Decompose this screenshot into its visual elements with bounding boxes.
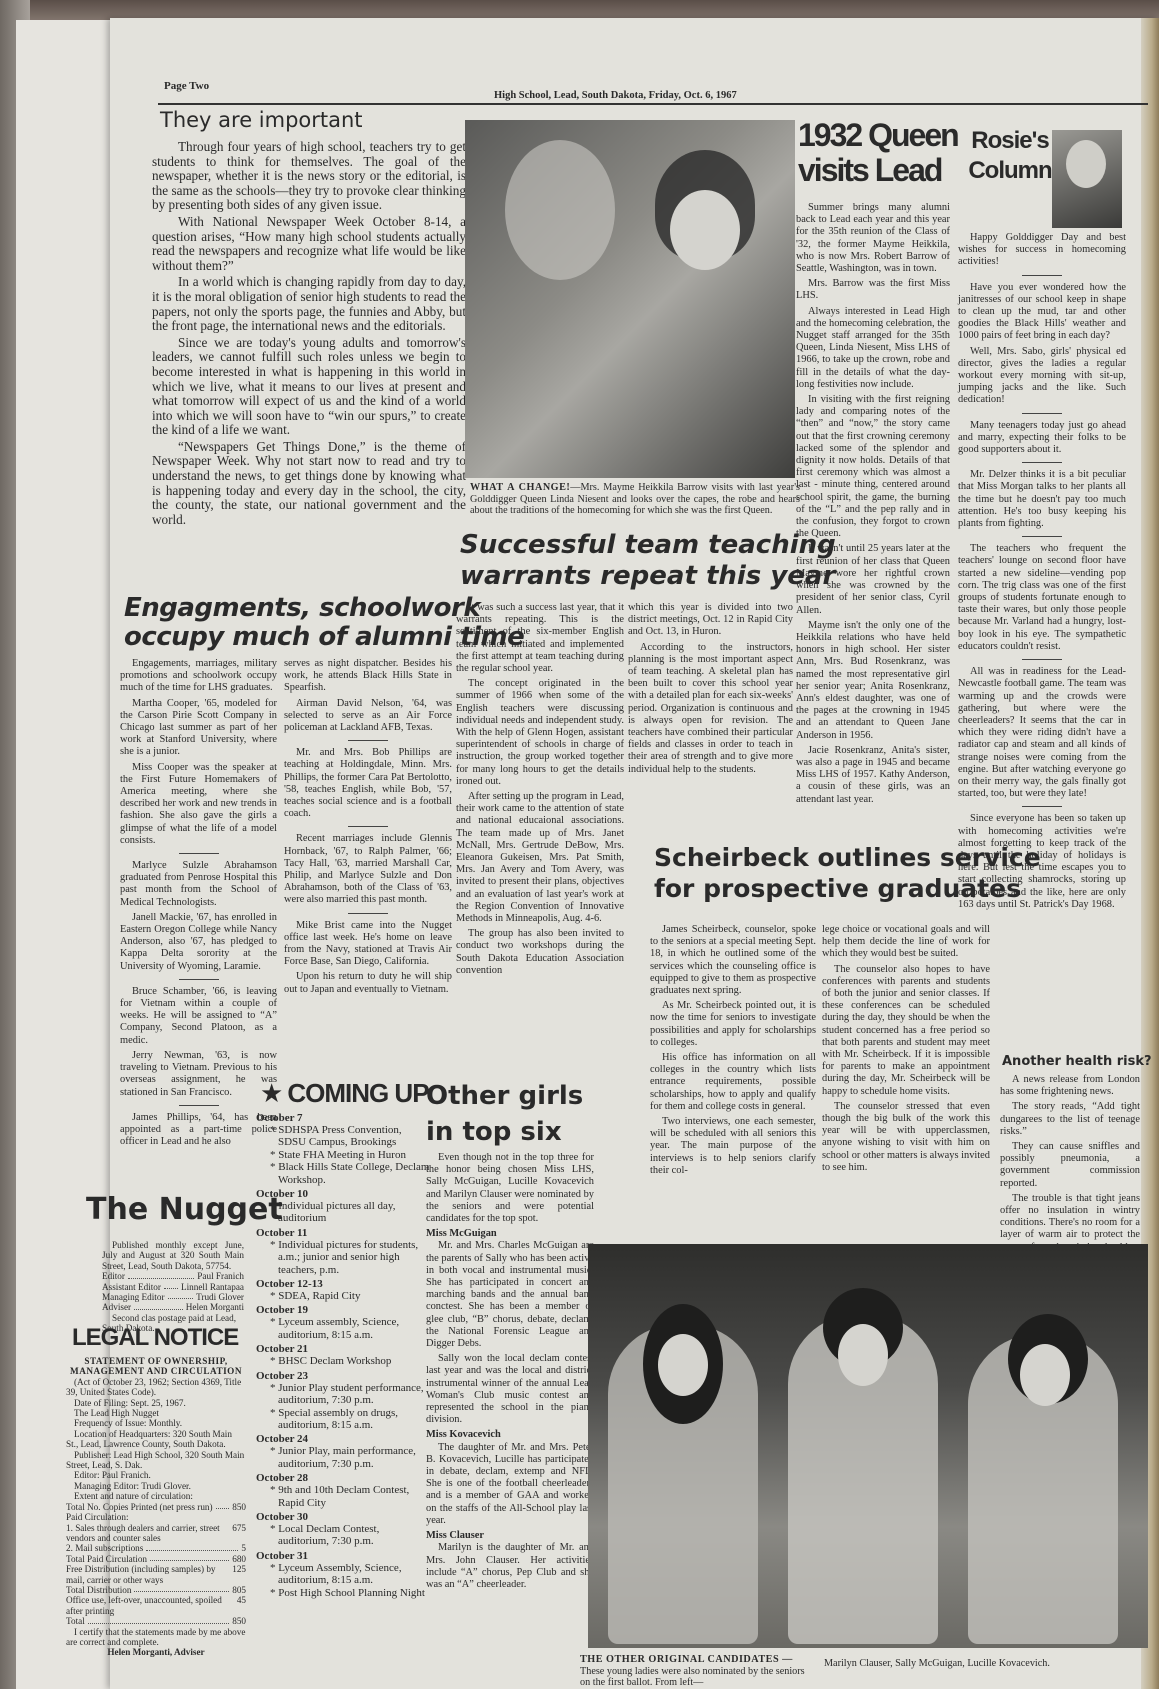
masthead-info: Published monthly except June, July and … bbox=[102, 1240, 244, 1334]
editorial-paragraph: “Newspapers Get Things Done,” is the the… bbox=[152, 440, 466, 528]
photo-candidates bbox=[588, 1244, 1148, 1648]
event-date: October 30 bbox=[256, 1511, 432, 1523]
legal-figure: Total850 bbox=[66, 1616, 246, 1626]
team-paragraph: After setting up the program in Lead, th… bbox=[456, 791, 624, 925]
team-headline-line1: Successful team teaching bbox=[460, 530, 836, 561]
candidate-right-face bbox=[1020, 1344, 1070, 1406]
staff-role: Assistant Editor bbox=[102, 1282, 161, 1292]
other-girls-headline-line2: in top six bbox=[426, 1114, 583, 1150]
leader-dots bbox=[164, 1282, 178, 1289]
coming-up-title: COMING UP bbox=[287, 1078, 428, 1109]
queen-paragraph: Always interested in Lead High and the h… bbox=[796, 306, 950, 391]
separator bbox=[179, 979, 219, 980]
legal-certify: I certify that the statements made by me… bbox=[66, 1627, 246, 1648]
figure-label: Office use, left-over, unaccounted, spoi… bbox=[66, 1595, 231, 1616]
event-item: * BHSC Declam Workshop bbox=[256, 1355, 432, 1367]
figure-value: 680 bbox=[232, 1554, 246, 1564]
event-text: Post High School Planning Night bbox=[278, 1587, 425, 1599]
page-label: Page Two bbox=[164, 80, 209, 92]
editorial-paragraph: In a world which is changing rapidly fro… bbox=[152, 275, 466, 333]
event-date: October 12-13 bbox=[256, 1278, 432, 1290]
scheirbeck-paragraph: James Scheirbeck, counselor, spoke to th… bbox=[650, 924, 816, 997]
event-item: * Individual pictures all day, auditoriu… bbox=[256, 1200, 432, 1225]
legal-line: Location of Headquarters: 320 South Main… bbox=[66, 1429, 246, 1450]
legal-figure: Paid Circulation: bbox=[66, 1512, 246, 1522]
event-date: October 7 bbox=[256, 1112, 432, 1124]
event-text: Special assembly on drugs, auditorium, 8… bbox=[278, 1407, 398, 1431]
rosie-portrait bbox=[1052, 130, 1122, 228]
legal-figure: Total Distribution805 bbox=[66, 1585, 246, 1595]
alumni-paragraph: James Phillips, '64, has been appointed … bbox=[120, 1112, 277, 1149]
figure-label: Free Distribution (including samples) by… bbox=[66, 1564, 226, 1585]
alumni-paragraph: Mike Brist came into the Nugget office l… bbox=[284, 920, 452, 969]
figure-value: 805 bbox=[232, 1585, 246, 1595]
scheirbeck-headline-line2: for prospective graduates bbox=[654, 873, 1041, 904]
event-text: Junior Play, main performance, auditoriu… bbox=[278, 1445, 416, 1469]
separator bbox=[1022, 413, 1062, 414]
leader-dots bbox=[168, 1292, 194, 1299]
editorial-paragraph: Since we are today's young adults and to… bbox=[152, 336, 466, 438]
candidate-left-face bbox=[658, 1334, 708, 1396]
staff-row: EditorPaul Franich bbox=[102, 1271, 244, 1281]
editorial-paragraph: With National Newspaper Week October 8-1… bbox=[152, 215, 466, 273]
event-text: State FHA Meeting in Huron bbox=[278, 1149, 406, 1161]
separator bbox=[348, 826, 388, 827]
separator bbox=[1022, 462, 1062, 463]
event-date: October 23 bbox=[256, 1370, 432, 1382]
event-item: * State FHA Meeting in Huron bbox=[256, 1149, 432, 1161]
other-girls-intro: Even though not in the top three for the… bbox=[426, 1152, 594, 1225]
header-rule bbox=[158, 103, 1148, 105]
event-text: Individual pictures all day, auditorium bbox=[278, 1200, 395, 1224]
rosie-paragraph: Mr. Delzer thinks it is a bit peculiar t… bbox=[958, 469, 1126, 530]
alumni-paragraph: Janell Mackie, '67, has enrolled in East… bbox=[120, 912, 277, 973]
queen-body: Summer brings many alumni back to Lead e… bbox=[796, 202, 950, 809]
team-headline-line2: warrants repeat this year bbox=[460, 561, 836, 592]
figure-label: 1. Sales through dealers and carrier, st… bbox=[66, 1523, 226, 1544]
queen-paragraph: In visiting with the first reigning lady… bbox=[796, 394, 950, 540]
other-girls-paragraph: Marilyn is the daughter of Mr. and Mrs. … bbox=[426, 1542, 594, 1591]
rosie-paragraph: Happy Golddigger Day and best wishes for… bbox=[958, 232, 1126, 269]
leader-dots bbox=[216, 1502, 230, 1509]
event-date: October 10 bbox=[256, 1188, 432, 1200]
event-item: * SDEA, Rapid City bbox=[256, 1290, 432, 1302]
separator bbox=[179, 1105, 219, 1106]
other-girls-paragraph: Mr. and Mrs. Charles McGuigan are the pa… bbox=[426, 1240, 594, 1350]
other-girls-headline-line1: Other girls bbox=[426, 1078, 583, 1114]
scheirbeck-paragraph: His office has information on all colleg… bbox=[650, 1052, 816, 1113]
queen-paragraph: Summer brings many alumni back to Lead e… bbox=[796, 202, 950, 275]
event-item: * 9th and 10th Declam Contest, Rapid Cit… bbox=[256, 1484, 432, 1509]
scheirbeck-paragraph: Two interviews, one each semester, will … bbox=[650, 1116, 816, 1177]
separator bbox=[1022, 806, 1062, 807]
scheirbeck-col1: James Scheirbeck, counselor, spoke to th… bbox=[650, 924, 816, 1180]
caption-lead: WHAT A CHANGE! bbox=[470, 482, 570, 493]
event-item: * Special assembly on drugs, auditorium,… bbox=[256, 1407, 432, 1432]
rosie-paragraph: Have you ever wondered how the janitress… bbox=[958, 282, 1126, 343]
alumni-paragraph: Engagements, marriages, military promoti… bbox=[120, 658, 277, 695]
other-girls-paragraph: Sally won the local declam contest last … bbox=[426, 1353, 594, 1426]
health-paragraph: They can cause sniffles and possibly pne… bbox=[1000, 1141, 1140, 1190]
portrait-face bbox=[1066, 140, 1106, 188]
figure-label: Total bbox=[66, 1616, 85, 1626]
event-text: SDHSPA Press Convention, SDSU Campus, Br… bbox=[278, 1124, 402, 1148]
editorial-headline: They are important bbox=[160, 108, 363, 132]
separator bbox=[348, 913, 388, 914]
alumni-paragraph: Mr. and Mrs. Bob Phillips are teaching a… bbox=[284, 747, 452, 820]
rosie-headline-line2: Column bbox=[960, 156, 1060, 186]
alumni-paragraph: Airman David Nelson, '64, was selected t… bbox=[284, 698, 452, 735]
other-girls-headline: Other girls in top six bbox=[426, 1078, 583, 1150]
scheirbeck-paragraph: The counselor also hopes to have confere… bbox=[822, 964, 990, 1098]
separator bbox=[1022, 659, 1062, 660]
legal-line: Publisher: Lead High School, 320 South M… bbox=[66, 1450, 246, 1471]
event-date: October 11 bbox=[256, 1227, 432, 1239]
subhead-kovacevich: Miss Kovacevich bbox=[426, 1429, 594, 1441]
staff-name: Helen Morganti bbox=[186, 1302, 244, 1312]
team-paragraph: The concept originated in the summer of … bbox=[456, 678, 624, 788]
team-teaching-headline: Successful team teaching warrants repeat… bbox=[460, 530, 836, 592]
team-paragraph: which this year is divided into two dist… bbox=[628, 602, 793, 639]
event-item: * Local Declam Contest, auditorium, 7:30… bbox=[256, 1523, 432, 1548]
event-text: Local Declam Contest, auditorium, 7:30 p… bbox=[278, 1523, 379, 1547]
event-text: 9th and 10th Declam Contest, Rapid City bbox=[278, 1484, 409, 1508]
alumni-col1: Engagements, marriages, military promoti… bbox=[120, 658, 277, 1151]
coming-up-calendar: October 7 * SDHSPA Press Convention, SDS… bbox=[256, 1110, 432, 1599]
editorial-body: Through four years of high school, teach… bbox=[152, 140, 466, 529]
staff-name: Trudi Glover bbox=[196, 1292, 244, 1302]
star-icon: ★ bbox=[260, 1079, 283, 1109]
staff-row: Assistant EditorLinnell Rantapaa bbox=[102, 1282, 244, 1292]
queen-headline-line1: 1932 Queen bbox=[798, 118, 958, 153]
staff-role: Editor bbox=[102, 1271, 125, 1281]
queen-headline: 1932 Queen visits Lead bbox=[798, 118, 958, 188]
event-text: Lyceum assembly, Science, auditorium, 8:… bbox=[278, 1316, 399, 1340]
event-item: * Post High School Planning Night bbox=[256, 1587, 432, 1599]
health-body: A news release from London has some frig… bbox=[1000, 1074, 1140, 1257]
queen-paragraph: It wasn't until 25 years later at the fi… bbox=[796, 543, 950, 616]
event-item: * Junior Play, main performance, auditor… bbox=[256, 1445, 432, 1470]
event-date: October 31 bbox=[256, 1550, 432, 1562]
figure-label: 2. Mail subscriptions bbox=[66, 1543, 143, 1553]
dateline: High School, Lead, South Dakota, Friday,… bbox=[494, 90, 737, 101]
event-text: BHSC Declam Workshop bbox=[278, 1355, 391, 1367]
legal-title: LEGAL NOTICE bbox=[72, 1324, 238, 1352]
scheirbeck-headline-line1: Scheirbeck outlines service bbox=[654, 842, 1041, 873]
separator bbox=[179, 853, 219, 854]
staff-name: Paul Franich bbox=[197, 1271, 244, 1281]
subhead-mcguigan: Miss McGuigan bbox=[426, 1228, 594, 1240]
rosie-paragraph: Many teenagers today just go ahead and m… bbox=[958, 420, 1126, 457]
team-paragraph: The group has also been invited to condu… bbox=[456, 928, 624, 977]
queen-paragraph: Mayme isn't the only one of the Heikkila… bbox=[796, 620, 950, 742]
rosie-paragraph: The teachers who frequent the teachers' … bbox=[958, 543, 1126, 653]
masthead-title: The Nugget bbox=[86, 1192, 283, 1227]
health-paragraph: A news release from London has some frig… bbox=[1000, 1074, 1140, 1098]
event-text: Junior Play student performance, auditor… bbox=[278, 1382, 424, 1406]
team-col2: which this year is divided into two dist… bbox=[628, 602, 793, 779]
event-item: * Individual pictures for students, a.m.… bbox=[256, 1239, 432, 1276]
leader-dots bbox=[146, 1543, 238, 1550]
rosie-paragraph: Well, Mrs. Sabo, girls' physical ed dire… bbox=[958, 346, 1126, 407]
coming-up-header: ★ COMING UP bbox=[260, 1078, 429, 1109]
legal-figure: Total Paid Circulation680 bbox=[66, 1554, 246, 1564]
other-girls-paragraph: The daughter of Mr. and Mrs. Peter B. Ko… bbox=[426, 1442, 594, 1527]
photo-figure-left bbox=[505, 140, 615, 280]
alumni-paragraph: Recent marriages include Glennis Hornbac… bbox=[284, 833, 452, 906]
photo-queen-visit bbox=[465, 120, 795, 478]
legal-figure: 2. Mail subscriptions5 bbox=[66, 1543, 246, 1553]
event-date: October 19 bbox=[256, 1304, 432, 1316]
candidate-middle-face bbox=[838, 1324, 888, 1386]
leader-dots bbox=[134, 1585, 229, 1592]
staff-row: Managing EditorTrudi Glover bbox=[102, 1292, 244, 1302]
masthead-published: Published monthly except June, July and … bbox=[102, 1240, 244, 1271]
figure-value: 125 bbox=[232, 1564, 246, 1585]
figure-value: 850 bbox=[232, 1502, 246, 1512]
legal-line: Managing Editor: Trudi Glover. bbox=[66, 1481, 246, 1491]
legal-body: STATEMENT OF OWNERSHIP, MANAGEMENT AND C… bbox=[66, 1356, 246, 1658]
legal-line: Frequency of Issue: Monthly. bbox=[66, 1418, 246, 1428]
scheirbeck-paragraph: As Mr. Scheirbeck pointed out, it is now… bbox=[650, 1000, 816, 1049]
event-item: * Lyceum assembly, Science, auditorium, … bbox=[256, 1316, 432, 1341]
team-paragraph: It was such a success last year, that it… bbox=[456, 602, 624, 675]
event-item: * Junior Play student performance, audit… bbox=[256, 1382, 432, 1407]
alumni-paragraph: Upon his return to duty he will ship out… bbox=[284, 971, 452, 995]
team-paragraph: According to the instructors, planning i… bbox=[628, 642, 793, 776]
legal-act: (Act of October 23, 1962; Section 4369, … bbox=[66, 1377, 246, 1398]
event-item: * SDHSPA Press Convention, SDSU Campus, … bbox=[256, 1124, 432, 1149]
caption-text: These young ladies were also nominated b… bbox=[580, 1666, 805, 1689]
alumni-col2: serves as night dispatcher. Besides his … bbox=[284, 658, 452, 999]
team-col1: It was such a success last year, that it… bbox=[456, 602, 624, 980]
staff-row: AdviserHelen Morganti bbox=[102, 1302, 244, 1312]
event-text: Black Hills State College, Declam Worksh… bbox=[278, 1161, 429, 1185]
legal-line: The Lead High Nugget bbox=[66, 1408, 246, 1418]
rosie-body: Happy Golddigger Day and best wishes for… bbox=[958, 232, 1126, 914]
leader-dots bbox=[88, 1616, 229, 1623]
newspaper-page: Page Two High School, Lead, South Dakota… bbox=[110, 18, 1159, 1689]
scheirbeck-col2: lege choice or vocational goals and will… bbox=[822, 924, 990, 1177]
event-text: SDEA, Rapid City bbox=[278, 1290, 360, 1302]
event-date: October 28 bbox=[256, 1472, 432, 1484]
subhead-clauser: Miss Clauser bbox=[426, 1530, 594, 1542]
rosie-headline: Rosie's Column bbox=[960, 126, 1060, 186]
queen-paragraph: Mrs. Barrow was the first Miss LHS. bbox=[796, 278, 950, 302]
event-date: October 21 bbox=[256, 1343, 432, 1355]
figure-value: 850 bbox=[232, 1616, 246, 1626]
legal-figure: 1. Sales through dealers and carrier, st… bbox=[66, 1523, 246, 1544]
legal-subtitle: STATEMENT OF OWNERSHIP, MANAGEMENT AND C… bbox=[66, 1356, 246, 1377]
legal-figure: Free Distribution (including samples) by… bbox=[66, 1564, 246, 1585]
queen-headline-line2: visits Lead bbox=[798, 153, 958, 188]
top-photo-caption: WHAT A CHANGE!—Mrs. Mayme Heikkila Barro… bbox=[470, 482, 800, 517]
figure-label: Total Distribution bbox=[66, 1585, 131, 1595]
scheirbeck-paragraph: The counselor stressed that even though … bbox=[822, 1101, 990, 1174]
figure-value: 45 bbox=[237, 1595, 246, 1616]
legal-figure: Office use, left-over, unaccounted, spoi… bbox=[66, 1595, 246, 1616]
separator bbox=[1022, 536, 1062, 537]
alumni-paragraph: Jerry Newman, '63, is now traveling to V… bbox=[120, 1050, 277, 1099]
event-item: * Black Hills State College, Declam Work… bbox=[256, 1161, 432, 1186]
alumni-paragraph: Martha Cooper, '65, modeled for the Cars… bbox=[120, 698, 277, 759]
legal-line: Editor: Paul Franich. bbox=[66, 1470, 246, 1480]
legal-signature: Helen Morganti, Adviser bbox=[66, 1647, 246, 1657]
event-text: Lyceum Assembly, Science, auditorium, 8:… bbox=[278, 1562, 402, 1586]
separator bbox=[348, 740, 388, 741]
alumni-paragraph: serves as night dispatcher. Besides his … bbox=[284, 658, 452, 695]
separator bbox=[1022, 275, 1062, 276]
scheirbeck-paragraph: lege choice or vocational goals and will… bbox=[822, 924, 990, 961]
figure-value: 5 bbox=[241, 1543, 246, 1553]
rosie-headline-line1: Rosie's bbox=[960, 126, 1060, 156]
leader-dots bbox=[134, 1302, 183, 1309]
figure-value: 675 bbox=[232, 1523, 246, 1544]
alumni-paragraph: Marlyce Sulzle Abrahamson graduated from… bbox=[120, 860, 277, 909]
legal-line: Date of Filing: Sept. 25, 1967. bbox=[66, 1398, 246, 1408]
figure-label: Paid Circulation: bbox=[66, 1512, 129, 1522]
bottom-photo-caption-right: Marilyn Clauser, Sally McGuigan, Lucille… bbox=[824, 1658, 1064, 1670]
event-date: October 24 bbox=[256, 1433, 432, 1445]
figure-label: Total No. Copies Printed (net press run) bbox=[66, 1502, 213, 1512]
staff-name: Linnell Rantapaa bbox=[181, 1282, 244, 1292]
figure-label: Total Paid Circulation bbox=[66, 1554, 147, 1564]
queen-paragraph: Jacie Rosenkranz, Anita's sister, was al… bbox=[796, 745, 950, 806]
event-item: * Lyceum Assembly, Science, auditorium, … bbox=[256, 1562, 432, 1587]
photo-figure-right-face bbox=[670, 190, 740, 270]
legal-figure: Total No. Copies Printed (net press run)… bbox=[66, 1502, 246, 1512]
leader-dots bbox=[150, 1554, 229, 1561]
caption-lead: THE OTHER ORIGINAL CANDIDATES — bbox=[580, 1654, 793, 1665]
health-headline: Another health risk? bbox=[1002, 1054, 1152, 1069]
health-paragraph: The story reads, “Add tight dungarees to… bbox=[1000, 1101, 1140, 1138]
alumni-paragraph: Bruce Schamber, '66, is leaving for Viet… bbox=[120, 986, 277, 1047]
event-text: Individual pictures for students, a.m.; … bbox=[278, 1239, 418, 1276]
rosie-paragraph: All was in readiness for the Lead-Newcas… bbox=[958, 666, 1126, 800]
legal-line: Extent and nature of circulation: bbox=[66, 1491, 246, 1501]
staff-role: Adviser bbox=[102, 1302, 131, 1312]
editorial-paragraph: Through four years of high school, teach… bbox=[152, 140, 466, 213]
scheirbeck-headline: Scheirbeck outlines service for prospect… bbox=[654, 842, 1041, 904]
leader-dots bbox=[128, 1271, 194, 1278]
other-girls-body: Even though not in the top three for the… bbox=[426, 1152, 594, 1594]
alumni-paragraph: Miss Cooper was the speaker at the First… bbox=[120, 762, 277, 847]
bottom-photo-caption-left: THE OTHER ORIGINAL CANDIDATES — These yo… bbox=[580, 1654, 810, 1689]
staff-role: Managing Editor bbox=[102, 1292, 165, 1302]
